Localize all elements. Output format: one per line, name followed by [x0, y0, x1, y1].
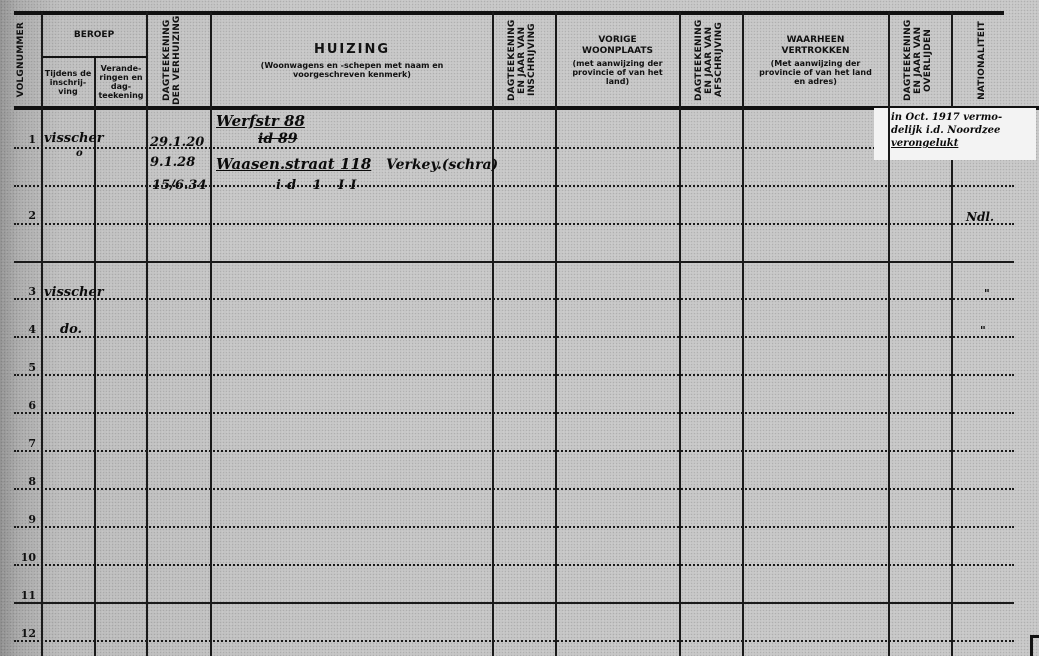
col-line-9-patch — [888, 108, 890, 160]
huizing-address-3: Waasen.straat 118 — [216, 155, 371, 173]
row-number: 9 — [0, 513, 36, 526]
row-number: 7 — [0, 437, 36, 450]
verhuizing-date-2: 9.1.28 — [150, 155, 195, 170]
row-line-6 — [14, 412, 1014, 414]
row-line-4 — [14, 336, 1014, 338]
row-line-10 — [14, 564, 1014, 566]
huizing-address-2: id 89 — [258, 131, 297, 147]
row-line-7 — [14, 450, 1014, 452]
beroep-entry-row1: visscher — [44, 131, 104, 146]
row-line-9 — [14, 526, 1014, 528]
row-line-2 — [14, 223, 1014, 225]
header-beroep-tijdens: Tijdens de inschrij-ving — [43, 60, 93, 104]
col-line-3 — [146, 12, 148, 656]
verhuizing-date-1: 29.1.20 — [150, 135, 204, 150]
header-nationaliteit: NATIONALITEIT — [952, 14, 1012, 106]
corner-mark — [1030, 635, 1039, 656]
row-number: 8 — [0, 475, 36, 488]
col-line-7 — [679, 12, 681, 656]
header-waarheen-vertrokken: WAARHEEN VERTROKKEN (Met aanwijzing der … — [743, 14, 888, 106]
header-beroep: BEROEP — [42, 14, 146, 56]
header-huizing: HUIZING (Woonwagens en -schepen met naam… — [212, 14, 492, 106]
row-line-11 — [14, 602, 1014, 604]
col-line-1 — [41, 12, 43, 656]
header-beroep-veranderingen: Verande-ringen en dag-teekening — [96, 60, 146, 104]
row-line-2b — [14, 261, 1014, 263]
huizing-address-1: Werfstr 88 — [216, 112, 305, 130]
row-line-12 — [14, 640, 1014, 642]
nationaliteit-row2: Ndl. — [966, 210, 994, 224]
row-number: 4 — [0, 323, 36, 336]
row-number: 12 — [0, 627, 36, 640]
row-line-3 — [14, 298, 1014, 300]
huizing-address-4: id 1 II — [276, 178, 362, 193]
row-number: 2 — [0, 209, 36, 222]
header-dagteekening-overlijden: DAGTEEKENING EN JAAR VAN OVERLIJDEN — [889, 14, 951, 106]
row-number: 1 — [0, 133, 36, 146]
nationaliteit-row4: " — [980, 324, 986, 337]
col-line-6 — [555, 12, 557, 656]
col-line-8 — [742, 12, 744, 656]
overlijden-note-line-3: verongelukt — [891, 137, 1002, 150]
row-number: 5 — [0, 361, 36, 374]
row-number: 10 — [0, 551, 36, 564]
header-dagteekening-inschrijving: DAGTEEKENING EN JAAR VAN INSCHRIJVING — [493, 14, 555, 106]
verhuizing-date-3: 15/6.34 — [152, 178, 207, 193]
beroep-entry-row3: visscher — [44, 285, 104, 300]
header-dagteekening-verhuizing: DAGTEEKENING DER VERHUIZING — [147, 14, 210, 106]
row-number: 6 — [0, 399, 36, 412]
row-number: 3 — [0, 285, 36, 298]
col-line-4 — [210, 12, 212, 656]
overlijden-note-line-1: in Oct. 1917 vermo- — [891, 111, 1002, 124]
huizing-address-3-suffix: Verkey.(schra) — [386, 157, 498, 173]
header-vorige-woonplaats: VORIGE WOONPLAATS (met aanwijzing der pr… — [556, 14, 679, 106]
row-line-8 — [14, 488, 1014, 490]
col-line-5 — [492, 12, 494, 656]
row-number: 11 — [0, 589, 36, 602]
beroep-mark-row1: o — [76, 148, 83, 159]
row-line-5 — [14, 374, 1014, 376]
nationaliteit-row3: " — [984, 287, 990, 300]
beroep-entry-row4: do. — [60, 322, 82, 337]
overlijden-note-line-2: delijk i.d. Noordzee — [891, 124, 1002, 137]
header-volgnummer: VOLGNUMMER — [0, 14, 41, 106]
header-dagteekening-afschrijving: DAGTEEKENING EN JAAR VAN AFSCHRIJVING — [680, 14, 742, 106]
overlijden-note: in Oct. 1917 vermo- delijk i.d. Noordzee… — [891, 111, 1002, 150]
